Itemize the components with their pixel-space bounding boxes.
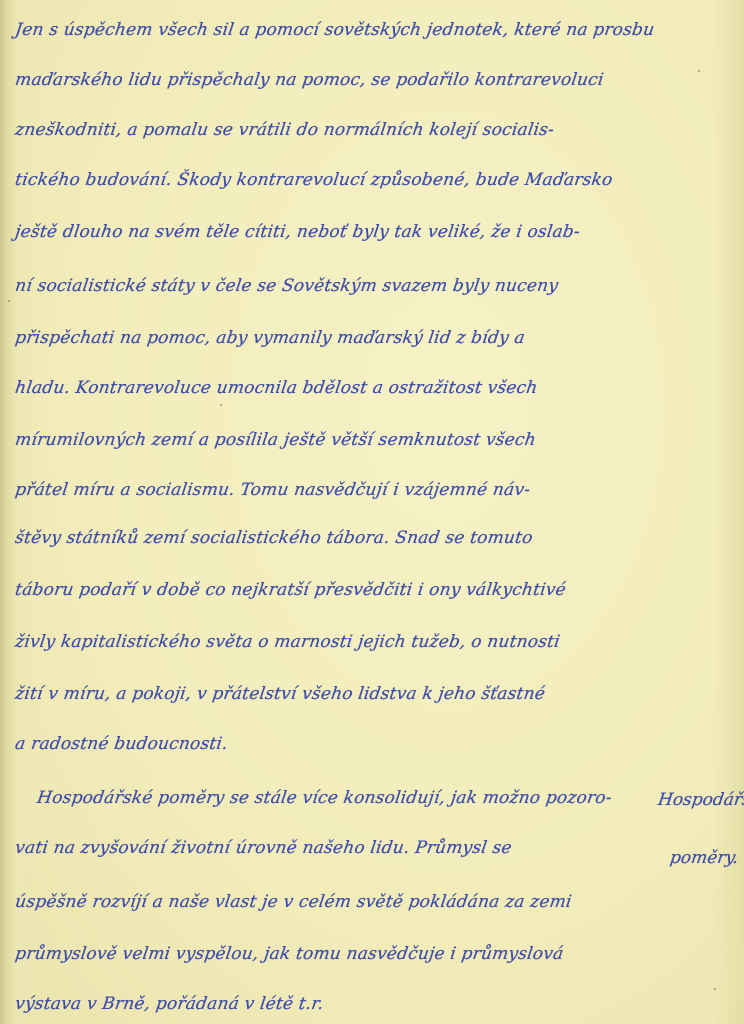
text-line-20: výstava v Brně, pořádaná v létě t.r. bbox=[14, 996, 325, 1013]
text-line-12: táboru podaří v době co nejkratší přesvě… bbox=[14, 582, 567, 599]
paper-speck bbox=[698, 70, 700, 72]
text-line-13: živly kapitalistického světa o marnosti … bbox=[14, 634, 561, 651]
text-line-8: hladu. Kontrarevoluce umocnila bdělost a… bbox=[14, 380, 539, 397]
text-line-19: průmyslově velmi vyspělou, jak tomu nasv… bbox=[14, 946, 565, 963]
text-line-5: ještě dlouho na svém těle cítiti, neboť … bbox=[14, 224, 581, 241]
text-line-14: žití v míru, a pokoji, v přátelství všeh… bbox=[14, 686, 546, 703]
chronicle-page: Jen s úspěchem všech sil a pomocí sověts… bbox=[0, 0, 744, 1024]
text-line-2: maďarského lidu přispěchaly na pomoc, se… bbox=[14, 72, 605, 89]
paper-speck bbox=[714, 988, 716, 990]
paper-speck bbox=[220, 404, 222, 406]
paper-speck bbox=[8, 300, 10, 302]
text-line-6: ní socialistické státy v čele se Sovětsk… bbox=[14, 278, 559, 295]
text-line-15: a radostné budoucnosti. bbox=[14, 736, 229, 753]
text-line-3: zneškodniti, a pomalu se vrátili do norm… bbox=[14, 122, 555, 139]
text-line-1: Jen s úspěchem všech sil a pomocí sověts… bbox=[14, 22, 655, 39]
text-line-11: štěvy státníků zemí socialistického tábo… bbox=[14, 530, 534, 547]
text-line-7: přispěchati na pomoc, aby vymanily maďar… bbox=[14, 330, 526, 347]
text-line-17: vati na zvyšování životní úrovně našeho … bbox=[14, 840, 513, 857]
margin-note-line-1: Hospodářské bbox=[657, 792, 744, 809]
text-line-10: přátel míru a socialismu. Tomu nasvědčuj… bbox=[14, 482, 531, 499]
text-line-16: Hospodářské poměry se stále více konsoli… bbox=[36, 790, 613, 807]
margin-note-line-2: poměry. bbox=[669, 850, 740, 867]
text-line-18: úspěšně rozvíjí a naše vlast je v celém … bbox=[14, 894, 573, 911]
text-line-9: mírumilovných zemí a posílila ještě větš… bbox=[14, 432, 537, 449]
text-line-4: tického budování. Škody kontrarevolucí z… bbox=[14, 172, 614, 189]
